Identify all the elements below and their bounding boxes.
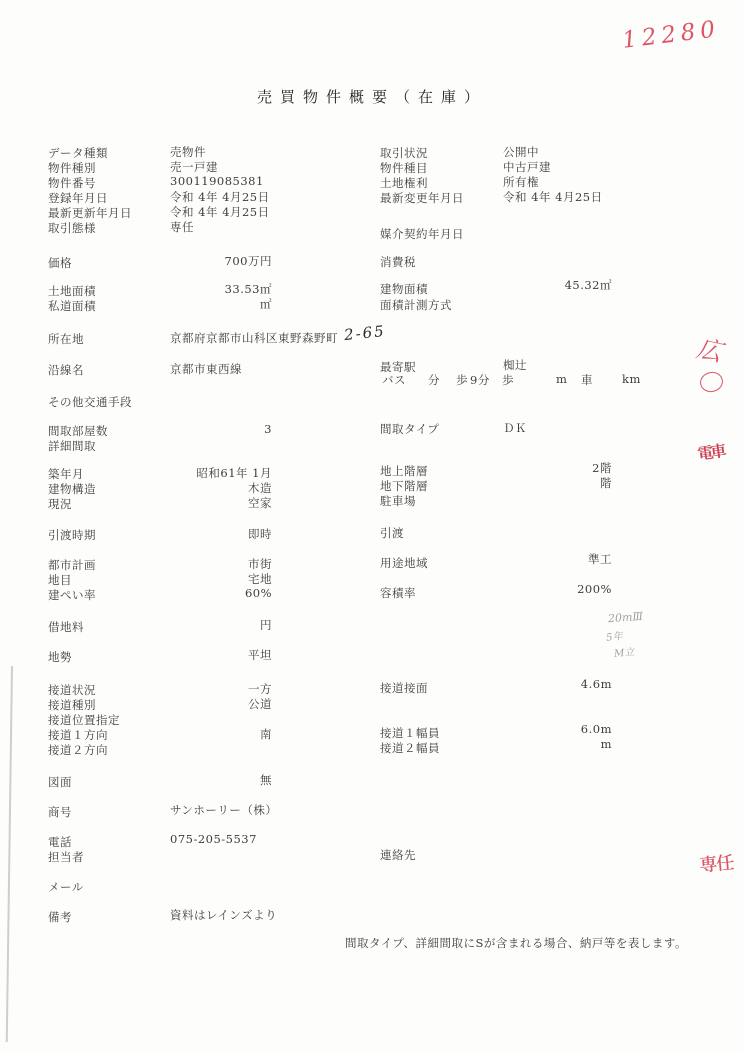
field-value-building-area: 45.32㎡ [512,277,612,293]
field-value-floors-above: 2階 [512,460,612,476]
field-label-deal-type: 取引態様 [48,220,96,236]
page-title: 売買物件概要（在庫） [0,86,744,107]
field-label-handover-time: 引渡時期 [48,527,96,543]
field-label-area-method: 面積計測方式 [380,297,452,313]
access-meter-label: m [556,372,567,386]
field-label-deal-status: 取引状況 [380,145,428,161]
handwritten-margin-upper: 広 [694,329,726,369]
access-walk-minutes: 9分 [470,372,490,388]
field-label-contact-person: 担当者 [48,849,84,865]
field-label-property-no: 物件番号 [48,175,96,191]
access-walk-label: 歩 [456,372,468,388]
field-value-road2-width: m [512,737,612,751]
field-label-use-district: 用途地域 [380,555,428,571]
footer-note: 間取タイプ、詳細間取にSが含まれる場合、納戸等を表します。 [345,935,687,951]
field-label-rooms: 間取部屋数 [48,423,108,439]
access-walk2-label: 歩 [502,372,514,388]
field-label-floors-below: 地下階層 [380,478,428,494]
field-label-data-type: データ種類 [48,145,108,161]
field-label-tax: 消費税 [380,254,416,270]
field-label-city-plan: 都市計画 [48,557,96,573]
field-label-bcr: 建ぺい率 [48,587,96,603]
field-label-terrain: 地勢 [48,649,72,665]
field-value-line-name: 京都市東西線 [170,361,242,377]
field-value-change-date: 令和 4年 4月25日 [503,189,603,205]
field-value-city-plan: 市街 [162,556,272,572]
field-value-road-status: 一方 [162,681,272,697]
field-value-deal-type: 専任 [170,219,194,235]
field-value-road-frontage: 4.6m [512,677,612,691]
field-value-structure: 木造 [162,480,272,496]
handwritten-pencil-note-2: 5年 [605,627,623,644]
handwritten-pencil-note-1: 20mⅢ [608,610,644,625]
field-label-line-name: 沿線名 [48,362,84,378]
handwritten-margin-lower: 専任 [698,849,734,878]
field-label-price: 価格 [48,255,72,271]
field-value-terrain: 平坦 [162,647,272,663]
access-bus-label: バス [382,372,406,388]
field-value-company: サンホーリー（株） [170,802,277,818]
field-label-built: 築年月 [48,466,84,482]
handwritten-doc-number: 12280 [621,16,722,54]
field-label-road-frontage: 接道接面 [380,680,428,696]
field-value-bcr: 60% [162,586,272,600]
field-label-change-date: 最新変更年月日 [380,190,464,206]
field-value-reg-date: 令和 4年 4月25日 [170,189,270,205]
field-value-phone: 075-205-5537 [170,832,257,846]
field-value-nearest-station: 椥辻 [503,357,527,373]
handwritten-margin-scribble: 電車 [696,438,725,464]
field-value-road1-width: 6.0m [512,722,612,736]
handwritten-circle-mark [698,370,725,394]
field-label-private-road: 私道面積 [48,298,96,314]
field-label-building-area: 建物面積 [380,281,428,297]
field-value-layout-type: ＤＫ [503,420,527,436]
field-label-company: 商号 [48,804,72,820]
field-value-update-date: 令和 4年 4月25日 [170,204,270,220]
field-label-remarks: 備考 [48,909,72,925]
handwritten-pencil-note-3: M立 [613,643,634,660]
scan-edge-artifact [6,666,13,1042]
field-value-handover-time: 即時 [162,526,272,542]
field-value-property-kind: 売一戸建 [170,159,218,175]
field-value-price: 700万円 [162,253,272,269]
field-value-property-no: 300119085381 [170,174,264,188]
field-value-deal-status: 公開中 [503,144,539,160]
field-label-floors-above: 地上階層 [380,463,428,479]
field-label-land-category: 地目 [48,572,72,588]
field-label-road2-dir: 接道２方向 [48,742,108,758]
field-label-other-transport: その他交通手段 [48,394,132,410]
field-value-land-right: 所有権 [503,174,539,190]
field-label-mediation-date: 媒介契約年月日 [380,226,464,242]
field-value-remarks: 資料はレインズより [170,907,277,923]
field-label-road1-dir: 接道１方向 [48,727,108,743]
field-value-far: 200% [512,582,612,596]
field-value-land-category: 宅地 [162,571,272,587]
field-value-address: 京都府京都市山科区東野森野町 [170,330,338,346]
field-value-property-category: 中古戸建 [503,159,551,175]
field-value-road-type: 公道 [162,696,272,712]
field-label-road-position: 接道位置指定 [48,712,120,728]
access-car-label: 車 [581,372,593,388]
field-label-road1-width: 接道１幅員 [380,725,440,741]
field-label-address: 所在地 [48,331,84,347]
field-label-property-kind: 物件種別 [48,160,96,176]
handwritten-address-number: 2-65 [343,322,386,344]
field-label-land-right: 土地権利 [380,175,428,191]
field-label-far: 容積率 [380,585,416,601]
field-label-parking: 駐車場 [380,493,416,509]
field-label-handover: 引渡 [380,525,404,541]
field-label-email: メール [48,879,84,895]
field-label-phone: 電話 [48,834,72,850]
field-label-road-type: 接道種別 [48,697,96,713]
field-value-built: 昭和61年 1月 [162,465,272,481]
field-label-layout-type: 間取タイプ [380,421,439,437]
field-label-land-rent: 借地料 [48,619,84,635]
field-value-private-road: ㎡ [162,296,272,312]
scanned-property-summary-page: 12280 売買物件概要（在庫） データ種類 売物件 物件種別 売一戸建 物件番… [0,0,744,1052]
access-bus-min-label: 分 [428,372,440,388]
field-value-rooms: 3 [162,422,272,436]
field-label-structure: 建物構造 [48,481,96,497]
field-value-data-type: 売物件 [170,144,206,160]
field-label-road2-width: 接道２幅員 [380,740,440,756]
field-label-current-state: 現況 [48,496,72,512]
field-value-land-rent: 円 [162,617,272,633]
field-label-property-category: 物件種目 [380,160,428,176]
field-value-land-area: 33.53㎡ [162,281,272,297]
field-value-road1-dir: 南 [162,726,272,742]
field-label-road-status: 接道状況 [48,682,96,698]
field-label-land-area: 土地面積 [48,283,96,299]
field-value-drawing: 無 [162,772,272,788]
field-label-layout-detail: 詳細間取 [48,438,96,454]
field-label-contact: 連絡先 [380,847,416,863]
field-value-current-state: 空家 [162,495,272,511]
access-km-label: km [622,372,641,386]
field-label-reg-date: 登録年月日 [48,190,108,206]
field-label-drawing: 図面 [48,774,72,790]
field-value-use-district: 準工 [512,551,612,567]
field-label-update-date: 最新更新年月日 [48,205,132,221]
field-value-floors-below: 階 [512,475,612,491]
